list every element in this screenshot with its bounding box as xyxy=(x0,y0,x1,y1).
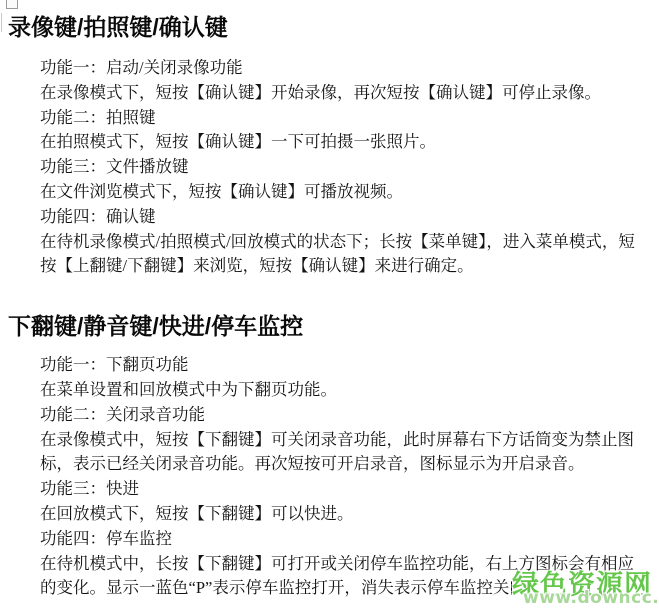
body-line: 在拍照模式下，短按【确认键】一下可拍摄一张照片。 xyxy=(40,130,653,155)
body-line: 标，表示已经关闭录音功能。再次短按可开启录音，图标显示为开启录音。 xyxy=(40,452,653,477)
body-line: 功能三：文件播放键 xyxy=(40,155,653,180)
body-line: 在菜单设置和回放模式中为下翻页功能。 xyxy=(40,378,653,403)
body-line: 功能二：拍照键 xyxy=(40,106,653,131)
body-line: 功能一：启动/关闭录像功能 xyxy=(40,56,653,81)
body-line: 在录像模式下，短按【确认键】开始录像，再次短按【确认键】可停止录像。 xyxy=(40,81,653,106)
section-title-down-mute-ff-parking: 下翻键/静音键/快进/停车监控 xyxy=(8,313,653,339)
clipped-box-artifact xyxy=(6,0,18,9)
body-line: 在文件浏览模式下，短按【确认键】可播放视频。 xyxy=(40,180,653,205)
body-line: 功能四：停车监控 xyxy=(40,527,653,552)
watermark-site-url: www.downcc.com xyxy=(523,588,659,608)
body-line: 在待机录像模式/拍照模式/回放模式的状态下；长按【菜单键】，进入菜单模式，短 xyxy=(40,230,653,255)
body-line: 功能二：关闭录音功能 xyxy=(40,403,653,428)
section-body-1: 功能一：启动/关闭录像功能 在录像模式下，短按【确认键】开始录像，再次短按【确认… xyxy=(40,56,653,279)
left-edge-artifact xyxy=(1,13,2,32)
document-content: 录像键/拍照键/确认键 功能一：启动/关闭录像功能 在录像模式下，短按【确认键】… xyxy=(8,14,653,601)
body-line: 功能一：下翻页功能 xyxy=(40,353,653,378)
body-line: 按【上翻键/下翻键】来浏览，短按【确认键】来进行确定。 xyxy=(40,254,653,279)
body-line: 在回放模式下，短按【下翻键】可以快进。 xyxy=(40,502,653,527)
body-line: 功能四：确认键 xyxy=(40,205,653,230)
section-title-record-photo-confirm: 录像键/拍照键/确认键 xyxy=(8,14,653,40)
body-line: 在录像模式中，短按【下翻键】可关闭录音功能，此时屏幕右下方话筒变为禁止图 xyxy=(40,428,653,453)
body-line: 功能三：快进 xyxy=(40,477,653,502)
manual-page: 录像键/拍照键/确认键 功能一：启动/关闭录像功能 在录像模式下，短按【确认键】… xyxy=(0,0,659,613)
